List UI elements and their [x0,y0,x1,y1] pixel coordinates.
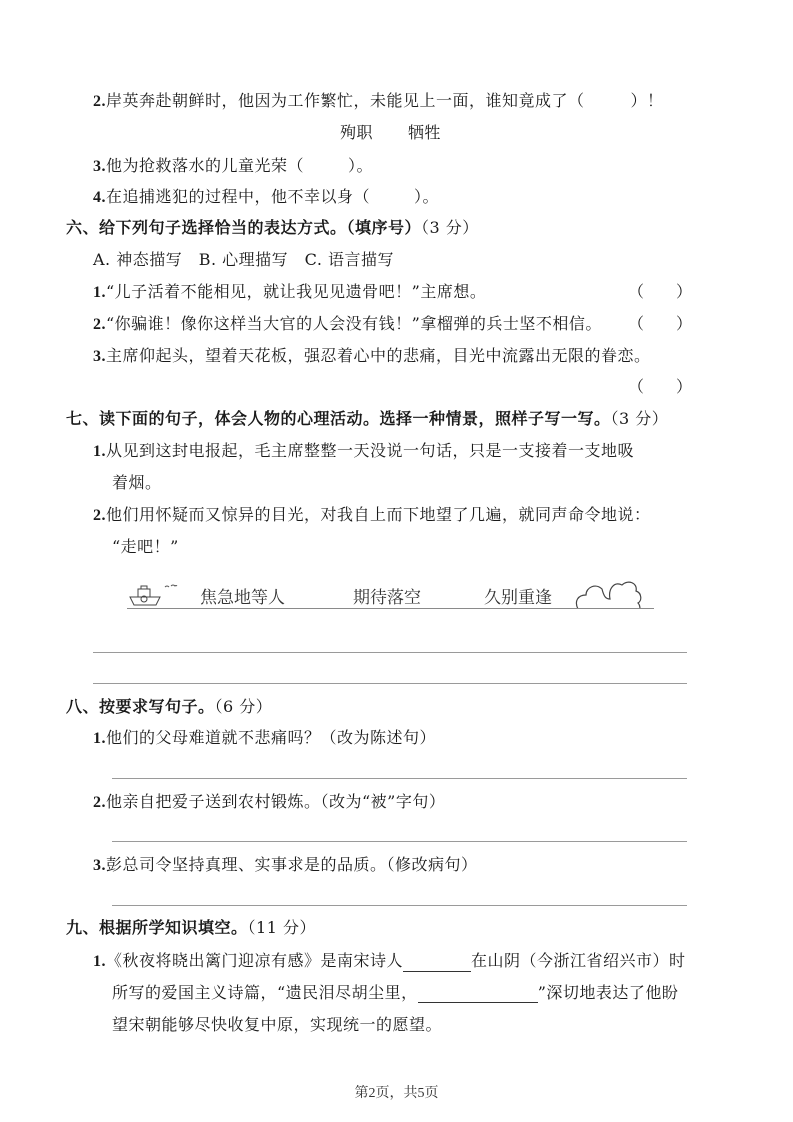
scenario-baseline [127,608,654,609]
cloud-icon [572,575,650,609]
s7-item-2: 2.他们用怀疑而又惊异的目光，对我自上而下地望了几遍，就同声命令地说： [93,505,651,526]
s7-item-2-cont: “走吧！” [112,537,179,557]
s6-item-1: 1.“儿子活着不能相见，就让我见见遗骨吧！”主席想。 [93,282,486,303]
scenario-option-2[interactable]: 期待落空 [353,583,421,608]
s6-item-2: 2.“你骗谁！像你这样当大官的人会没有钱！”拿榴弹的兵士坚不相信。 [93,314,602,335]
word-option-1: 殉职 [340,123,373,143]
page-number: 第2页，共5页 [0,1082,793,1102]
s8-item-1: 1.他们的父母难道就不悲痛吗？（改为陈述句） [93,728,436,749]
s9-item-1-line1: 1.《秋夜将晓出篱门迎凉有感》是南宋诗人在山阴（今浙江省绍兴市）时 [93,951,686,972]
answer-line-8-3[interactable] [112,905,687,906]
s6-item-3: 3.主席仰起头，望着天花板，强忍着心中的悲痛，目光中流露出无限的眷恋。 [93,346,651,367]
s7-item-1-cont: 着烟。 [112,473,162,493]
answer-line-7a[interactable] [93,652,687,653]
s7-item-1: 1.从见到这封电报起，毛主席整整一天没说一句话，只是一支接着一支地吸 [93,441,634,462]
section6-heading: 六、给下列句子选择恰当的表达方式。（填序号）（3 分） [66,218,479,238]
s5-item-3: 3.他为抢救落水的儿童光荣（）。 [93,156,373,177]
section9-heading: 九、根据所学知识填空。（11 分） [66,918,316,938]
boat-icon [127,577,187,607]
section8-heading: 八、按要求写句子。（6 分） [66,697,272,717]
section7-heading: 七、读下面的句子，体会人物的心理活动。选择一种情景，照样子写一写。（3 分） [66,409,668,429]
fill-blank-verse[interactable] [418,984,538,1003]
s6-answer-3[interactable]: （ ） [628,377,692,397]
s6-answer-2[interactable]: （ ） [628,314,692,334]
s8-item-2: 2.他亲自把爱子送到农村锻炼。（改为“被”字句） [93,792,445,813]
s9-item-1-line3: 望宋朝能够尽快收复中原，实现统一的愿望。 [112,1015,442,1035]
s6-answer-1[interactable]: （ ） [628,282,692,302]
section6-options: A. 神态描写 B. 心理描写 C. 语言描写 [93,250,394,270]
answer-line-8-1[interactable] [112,778,687,779]
word-option-2: 牺牲 [408,123,441,143]
s5-item-4: 4.在追捕逃犯的过程中，他不幸以身（）。 [93,187,439,208]
s8-item-3: 3.彭总司令坚持真理、实事求是的品质。（修改病句） [93,855,478,876]
answer-line-7b[interactable] [93,683,687,684]
scenario-option-3[interactable]: 久别重逢 [484,583,552,608]
answer-line-8-2[interactable] [112,841,687,842]
scenario-choice-bar: 焦急地等人 期待落空 久别重逢 [127,573,654,611]
s9-item-1-line2: 所写的爱国主义诗篇，“遗民泪尽胡尘里，”深切地表达了他盼 [112,983,678,1003]
scenario-option-1[interactable]: 焦急地等人 [200,583,285,608]
s5-item-2: 2.岸英奔赴朝鲜时，他因为工作繁忙，未能见上一面，谁知竟成了（）！ [93,91,664,112]
fill-blank-poet[interactable] [403,953,471,972]
